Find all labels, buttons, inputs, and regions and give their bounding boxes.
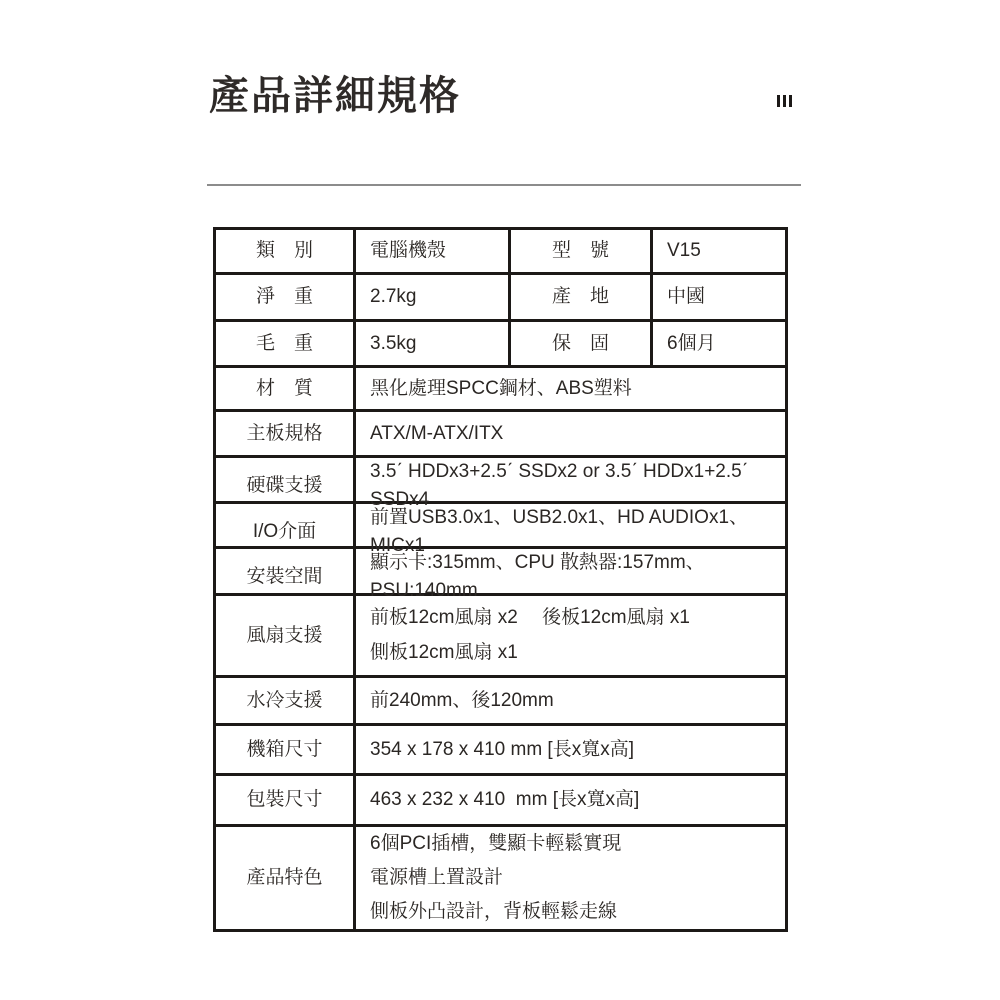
spec-value-model: V15 — [653, 230, 785, 272]
table-row: 水冷支援 前240mm、後120mm — [216, 678, 785, 726]
spec-label-category: 類 別 — [216, 230, 356, 272]
spec-label-case-dimensions: 機箱尺寸 — [216, 726, 356, 773]
spec-value-category: 電腦機殼 — [356, 230, 511, 272]
spec-label-package-dimensions: 包裝尺寸 — [216, 776, 356, 824]
spec-label-net-weight: 淨 重 — [216, 275, 356, 319]
spec-value-water-cooling: 前240mm、後120mm — [356, 678, 785, 723]
table-row: 毛 重 3.5kg 保 固 6個月 — [216, 322, 785, 368]
table-row: 硬碟支援 3.5ˊ HDDx3+2.5ˊ SSDx2 or 3.5ˊ HDDx1… — [216, 458, 785, 504]
spec-value-case-dimensions: 354 x 178 x 410 mm [長x寬x高] — [356, 726, 785, 773]
table-row: 類 別 電腦機殼 型 號 V15 — [216, 230, 785, 275]
table-row: 機箱尺寸 354 x 178 x 410 mm [長x寬x高] — [216, 726, 785, 776]
table-row: 材 質 黑化處理SPCC鋼材、ABS塑料 — [216, 368, 785, 412]
spec-value-package-dimensions: 463 x 232 x 410 mm [長x寬x高] — [356, 776, 785, 824]
spec-label-model: 型 號 — [511, 230, 653, 272]
spec-value-gross-weight: 3.5kg — [356, 322, 511, 365]
spec-label-material: 材 質 — [216, 368, 356, 409]
product-spec-page: 產品詳細規格 類 別 電腦機殼 型 號 V15 淨 重 2.7kg 產 地 中國… — [0, 0, 1000, 1000]
table-row: 風扇支援 前板12cm風扇 x2 後板12cm風扇 x1 側板12cm風扇 x1 — [216, 596, 785, 678]
spec-value-material: 黑化處理SPCC鋼材、ABS塑料 — [356, 368, 785, 409]
table-row: I/O介面 前置USB3.0x1、USB2.0x1、HD AUDIOx1、MIC… — [216, 504, 785, 549]
spec-label-motherboard: 主板規格 — [216, 412, 356, 455]
table-row: 安裝空間 顯示卡:315mm、CPU 散熱器:157mm、PSU:140mm — [216, 549, 785, 596]
spec-value-net-weight: 2.7kg — [356, 275, 511, 319]
spec-value-warranty: 6個月 — [653, 322, 785, 365]
table-row: 淨 重 2.7kg 產 地 中國 — [216, 275, 785, 322]
spec-value-motherboard: ATX/M-ATX/ITX — [356, 412, 785, 455]
spec-label-origin: 產 地 — [511, 275, 653, 319]
spec-label-warranty: 保 固 — [511, 322, 653, 365]
spec-label-gross-weight: 毛 重 — [216, 322, 356, 365]
spec-label-fan-support: 風扇支援 — [216, 596, 356, 675]
spec-table: 類 別 電腦機殼 型 號 V15 淨 重 2.7kg 產 地 中國 毛 重 3.… — [213, 227, 788, 932]
table-row: 主板規格 ATX/M-ATX/ITX — [216, 412, 785, 458]
spec-value-origin: 中國 — [653, 275, 785, 319]
spec-label-features: 產品特色 — [216, 827, 356, 929]
page-title: 產品詳細規格 — [209, 74, 461, 118]
spec-value-features: 6個PCI插槽，雙顯卡輕鬆實現 電源槽上置設計 側板外凸設計，背板輕鬆走線 — [356, 827, 785, 929]
triple-bar-icon — [777, 95, 792, 107]
header-divider — [207, 184, 801, 186]
spec-label-water-cooling: 水冷支援 — [216, 678, 356, 723]
spec-value-fan-support: 前板12cm風扇 x2 後板12cm風扇 x1 側板12cm風扇 x1 — [356, 596, 785, 675]
table-row: 包裝尺寸 463 x 232 x 410 mm [長x寬x高] — [216, 776, 785, 827]
table-row: 產品特色 6個PCI插槽，雙顯卡輕鬆實現 電源槽上置設計 側板外凸設計，背板輕鬆… — [216, 827, 785, 929]
